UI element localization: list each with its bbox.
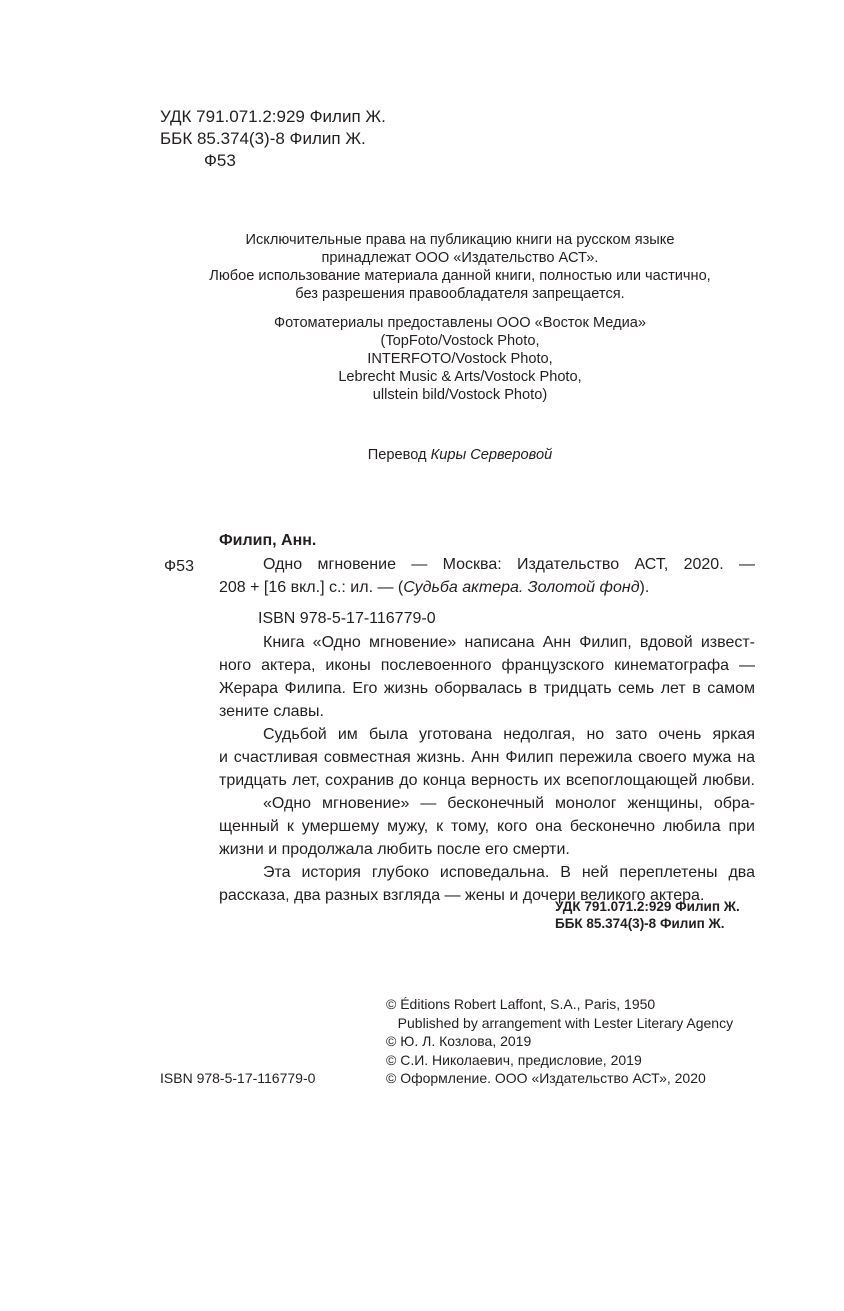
annotation-line: Жерара Филипа. Его жизнь оборвалась в тр…	[219, 677, 755, 700]
copyright-line: © Ю. Л. Козлова, 2019	[386, 1032, 733, 1051]
translation-credit: Перевод Киры Серверовой	[160, 446, 760, 464]
footer-udk: УДК 791.071.2:929 Филип Ж.	[555, 898, 740, 915]
catalog-isbn-text: ISBN 978-5-17-116779-0	[258, 610, 436, 627]
copyright-line: © С.И. Николаевич, предисловие, 2019	[386, 1051, 733, 1070]
credit-line: INTERFOTO/Vostock Photo,	[160, 350, 760, 368]
credit-line: Фотоматериалы предоставлены ООО «Восток …	[160, 314, 760, 332]
credit-line: (TopFoto/Vostock Photo,	[160, 332, 760, 350]
catalog-author-mark: Ф53	[164, 555, 194, 578]
annotation-line: щенный к умершему мужу, к тому, кого она…	[219, 815, 755, 838]
footer-bbk: ББК 85.374(3)-8 Филип Ж.	[555, 915, 740, 932]
rights-line: без разрешения правообладателя запрещает…	[160, 285, 760, 303]
rights-line: Исключительные права на публикацию книги…	[160, 231, 760, 249]
copyright-line: © Оформление. ООО «Издательство АСТ», 20…	[386, 1069, 733, 1088]
copyright-isbn: ISBN 978-5-17-116779-0	[160, 1069, 315, 1088]
author-mark: Ф53	[160, 150, 386, 172]
extent-text: 208 + [16 вкл.] с.: ил. — (	[219, 579, 403, 596]
annotation-line: тридцать лет, сохранив до конца верность…	[219, 769, 755, 792]
copyright-line: Published by arrangement with Lester Lit…	[386, 1014, 733, 1033]
udk-code: УДК 791.071.2:929 Филип Ж.	[160, 106, 386, 128]
extent-end: ).	[640, 579, 650, 596]
copyright-line: © Éditions Robert Laffont, S.A., Paris, …	[386, 995, 733, 1014]
footer-classification: УДК 791.071.2:929 Филип Ж. ББК 85.374(3)…	[555, 898, 740, 932]
annotation-line: жизни и продолжала любить после его смер…	[219, 838, 755, 861]
catalog-description: Одно мгновение — Москва: Издательство АС…	[219, 553, 755, 599]
annotation-line: зените славы.	[219, 700, 755, 723]
rights-line: принадлежат ООО «Издательство АСТ».	[160, 249, 760, 267]
photo-credits: Фотоматериалы предоставлены ООО «Восток …	[160, 314, 760, 404]
catalog-author-name: Филип, Анн.	[219, 532, 316, 549]
rights-notice: Исключительные права на публикацию книги…	[160, 231, 760, 303]
annotation-line: «Одно мгновение» — бесконечный монолог ж…	[219, 792, 755, 815]
annotation: Книга «Одно мгновение» написана Анн Фили…	[219, 631, 755, 907]
translator-name: Киры Серверовой	[431, 447, 553, 463]
translation-label: Перевод	[368, 447, 427, 463]
annotation-line: Книга «Одно мгновение» написана Анн Фили…	[219, 631, 755, 654]
credit-line: Lebrecht Music & Arts/Vostock Photo,	[160, 368, 760, 386]
annotation-line: Судьбой им была уготована недолгая, но з…	[219, 723, 755, 746]
bbk-code: ББК 85.374(3)-8 Филип Ж.	[160, 128, 386, 150]
credit-line: ullstein bild/Vostock Photo)	[160, 386, 760, 404]
annotation-line: Эта история глубоко исповедальна. В ней …	[219, 861, 755, 884]
annotation-line: и счастливая совместная жизнь. Анн Филип…	[219, 746, 755, 769]
catalog-title-line: Одно мгновение — Москва: Издательство АС…	[219, 553, 755, 576]
series-title: Судьба актера. Золотой фонд	[403, 579, 639, 596]
header-classification: УДК 791.071.2:929 Филип Ж. ББК 85.374(3)…	[160, 106, 386, 172]
catalog-isbn: ISBN 978-5-17-116779-0	[258, 607, 436, 630]
catalog-author: Филип, Анн.	[219, 529, 316, 552]
catalog-extent-line: 208 + [16 вкл.] с.: ил. — (Судьба актера…	[219, 576, 755, 599]
catalog-mark-text: Ф53	[164, 558, 194, 575]
annotation-line: ного актера, иконы послевоенного француз…	[219, 654, 755, 677]
rights-line: Любое использование материала данной кни…	[160, 267, 760, 285]
copyright-block: © Éditions Robert Laffont, S.A., Paris, …	[386, 995, 733, 1088]
copyright-isbn-text: ISBN 978-5-17-116779-0	[160, 1070, 315, 1086]
